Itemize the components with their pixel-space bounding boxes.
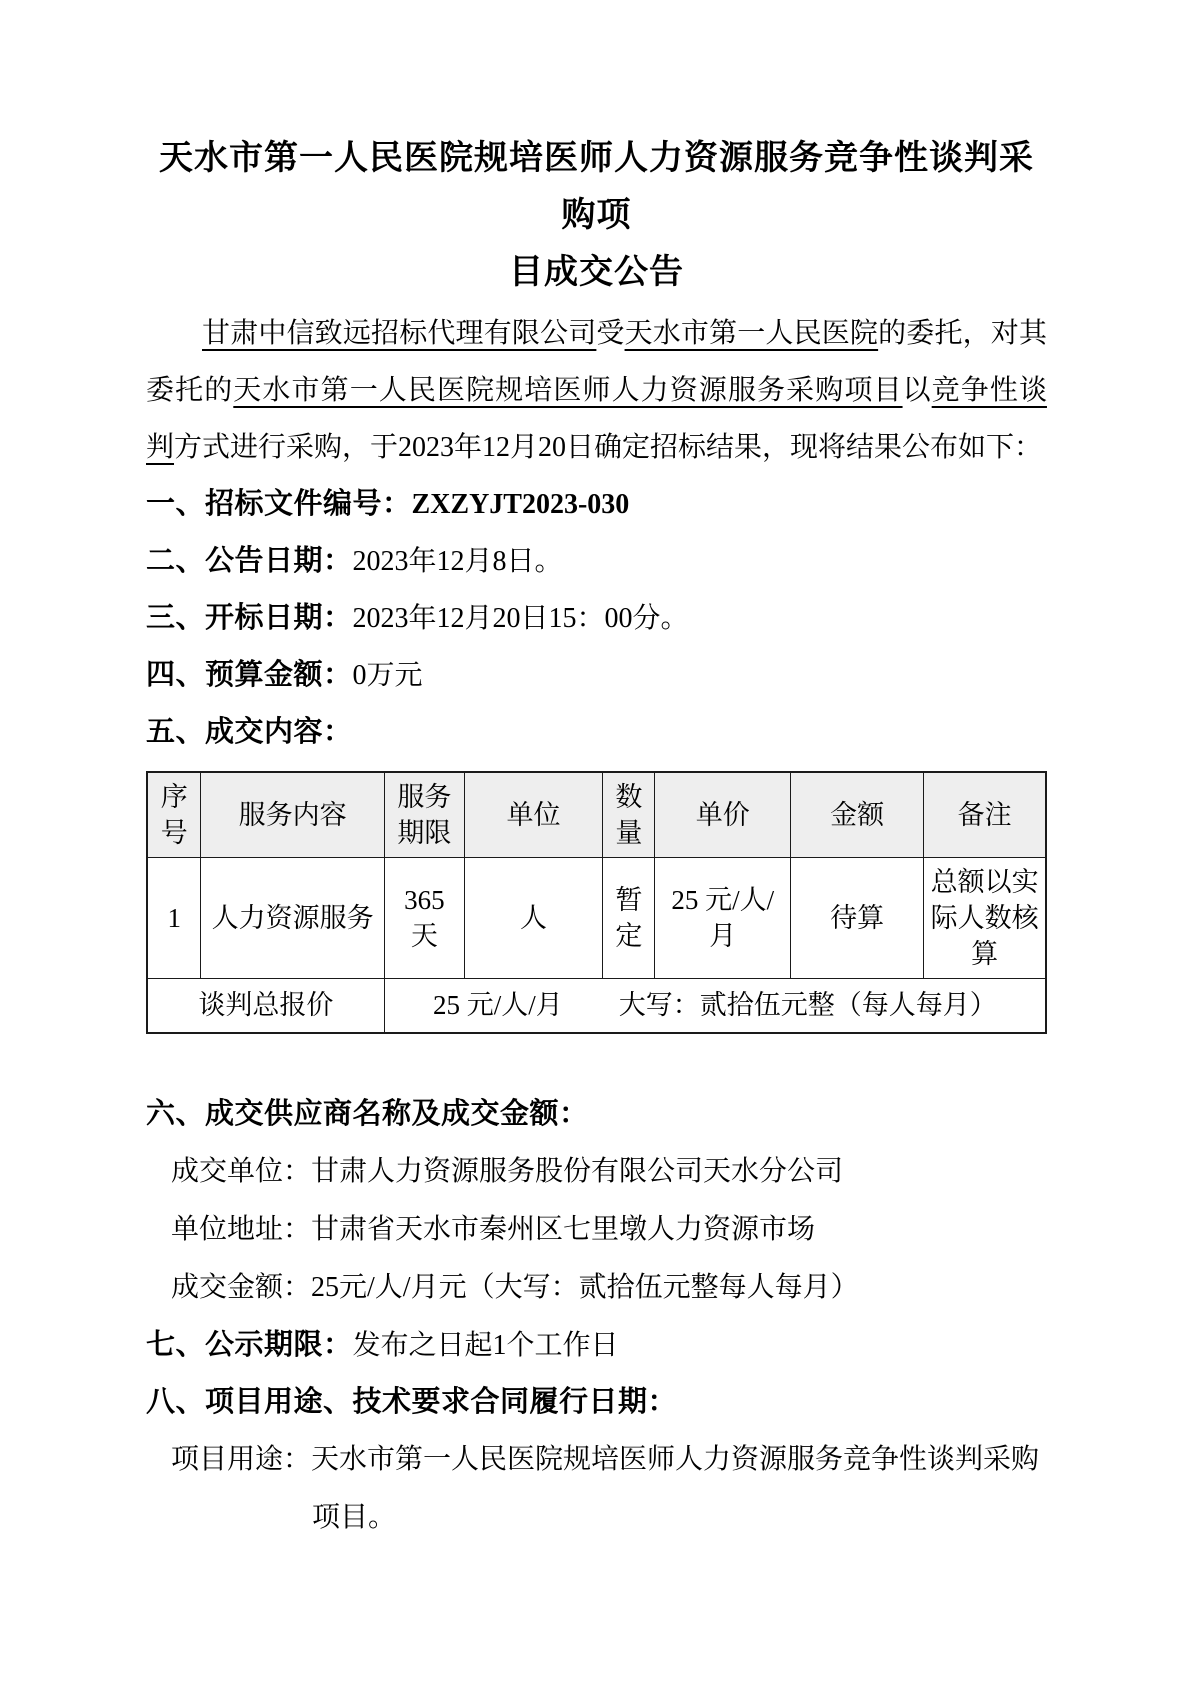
underlined-text: 竞争性谈 — [932, 375, 1047, 406]
supplier-address-value: 甘肃省天水市秦州区七里墩人力资源市场 — [311, 1214, 815, 1245]
supplier-unit-line: 成交单位：甘肃人力资源服务股份有限公司天水分公司 — [146, 1143, 1047, 1201]
cell-seq: 1 — [147, 858, 201, 979]
deal-amount-value: 25元/人/月元（大写：贰拾伍元整每人每月） — [311, 1272, 859, 1303]
section-label: 五、成交内容： — [146, 716, 353, 748]
cell-qty: 暂 定 — [603, 858, 655, 979]
cell-term: 365 天 — [384, 858, 464, 979]
table-row: 1 人力资源服务 365 天 人 暂 定 25 元/人/ 月 待算 总额以实 际… — [147, 858, 1046, 979]
supplier-unit-value: 甘肃人力资源服务股份有限公司天水分公司 — [311, 1156, 843, 1187]
section-budget-amount: 四、预算金额：0万元 — [146, 647, 1047, 704]
header-cell-price: 单价 — [655, 772, 791, 858]
section-project-purpose: 八、项目用途、技术要求合同履行日期： — [146, 1374, 1047, 1431]
supplier-unit-label: 成交单位： — [171, 1156, 311, 1187]
total-price-caps: 大写：贰拾伍元整（每人每月） — [619, 990, 997, 1020]
underlined-text: 天水市第一人民医院 — [625, 318, 879, 349]
cell-unit: 人 — [464, 858, 602, 979]
plain-text: 委托的 — [146, 375, 233, 406]
cell-service: 人力资源服务 — [201, 858, 384, 979]
intro-line: 委托的天水市第一人民医院规培医师人力资源服务采购项目以竞争性谈 — [146, 362, 1047, 419]
total-price: 25 元/人/月 — [433, 990, 563, 1020]
underlined-text: 天水市第一人民医院规培医师人力资源服务采购项目 — [233, 375, 902, 406]
bid-doc-number-value: ZXZYJT2023-030 — [412, 489, 630, 520]
section-label: 八、项目用途、技术要求合同履行日期： — [146, 1386, 677, 1418]
plain-text: 受 — [596, 318, 624, 349]
page-title: 天水市第一人民医院规培医师人力资源服务竞争性谈判采购项目成交公告 — [146, 130, 1047, 301]
section-label: 一、招标文件编号： — [146, 488, 412, 520]
section-label: 七、公示期限： — [146, 1329, 353, 1361]
page-title-line: 目成交公告 — [146, 244, 1047, 301]
supplier-address-label: 单位地址： — [171, 1214, 311, 1245]
header-cell-seq: 序 号 — [147, 772, 201, 858]
section-label: 六、成交供应商名称及成交金额： — [146, 1098, 589, 1130]
deal-amount-line: 成交金额：25元/人/月元（大写：贰拾伍元整每人每月） — [146, 1259, 1047, 1317]
plain-text: 以 — [903, 375, 932, 406]
header-cell-service: 服务内容 — [201, 772, 384, 858]
opening-date-value: 2023年12月20日15：00分。 — [353, 603, 689, 634]
project-use-line2: 项目。 — [171, 1489, 1047, 1547]
page-title-line: 天水市第一人民医院规培医师人力资源服务竞争性谈判采购项 — [146, 130, 1047, 244]
table-total-row: 谈判总报价 25 元/人/月大写：贰拾伍元整（每人每月） — [147, 979, 1046, 1033]
project-use-label: 项目用途： — [171, 1444, 311, 1475]
document-page: 天水市第一人民医院规培医师人力资源服务竞争性谈判采购项目成交公告 甘肃中信致远招… — [0, 0, 1191, 1684]
total-label-cell: 谈判总报价 — [147, 979, 384, 1033]
section-label: 四、预算金额： — [146, 659, 353, 691]
project-use-block: 项目用途：天水市第一人民医院规培医师人力资源服务竞争性谈判采购 项目。 — [146, 1431, 1047, 1547]
project-use-text: 天水市第一人民医院规培医师人力资源服务竞争性谈判采购 — [311, 1444, 1039, 1475]
underlined-text: 甘肃中信致远招标代理有限公司 — [202, 318, 596, 349]
header-cell-amount: 金额 — [791, 772, 924, 858]
intro-paragraph: 甘肃中信致远招标代理有限公司受天水市第一人民医院的委托，对其委托的天水市第一人民… — [146, 305, 1047, 476]
section-label: 三、开标日期： — [146, 602, 353, 634]
section-supplier: 六、成交供应商名称及成交金额： — [146, 1086, 1047, 1143]
section-opening-date: 三、开标日期：2023年12月20日15：00分。 — [146, 590, 1047, 647]
budget-amount-value: 0万元 — [353, 660, 423, 691]
cell-price: 25 元/人/ 月 — [655, 858, 791, 979]
announcement-date-value: 2023年12月8日。 — [353, 546, 563, 577]
deal-content-table: 序 号 服务内容 服务 期限 单位 数 量 单价 金额 备注 1 人力资源服务 … — [146, 771, 1047, 1034]
section-deal-content: 五、成交内容： — [146, 704, 1047, 761]
section-announcement-date: 二、公告日期：2023年12月8日。 — [146, 533, 1047, 590]
deal-amount-label: 成交金额： — [171, 1272, 311, 1303]
cell-amount: 待算 — [791, 858, 924, 979]
header-cell-qty: 数 量 — [603, 772, 655, 858]
cell-remark: 总额以实 际人数核 算 — [924, 858, 1046, 979]
header-cell-term: 服务 期限 — [384, 772, 464, 858]
plain-text: 方式进行采购，于2023年12月20日确定招标结果，现将结果公布如下： — [174, 432, 1042, 463]
section-bid-doc-number: 一、招标文件编号：ZXZYJT2023-030 — [146, 476, 1047, 533]
project-use-line1: 项目用途：天水市第一人民医院规培医师人力资源服务竞争性谈判采购 — [171, 1431, 1047, 1489]
plain-text: 的委托，对其 — [878, 318, 1047, 349]
publicity-period-value: 发布之日起1个工作日 — [353, 1330, 619, 1361]
intro-line: 甘肃中信致远招标代理有限公司受天水市第一人民医院的委托，对其 — [146, 305, 1047, 362]
header-cell-remark: 备注 — [924, 772, 1046, 858]
supplier-address-line: 单位地址：甘肃省天水市秦州区七里墩人力资源市场 — [146, 1201, 1047, 1259]
total-value-cell: 25 元/人/月大写：贰拾伍元整（每人每月） — [384, 979, 1046, 1033]
header-cell-unit: 单位 — [464, 772, 602, 858]
table-header-row: 序 号 服务内容 服务 期限 单位 数 量 单价 金额 备注 — [147, 772, 1046, 858]
underlined-text: 判 — [146, 432, 174, 463]
section-publicity-period: 七、公示期限：发布之日起1个工作日 — [146, 1317, 1047, 1374]
intro-line: 判方式进行采购，于2023年12月20日确定招标结果，现将结果公布如下： — [146, 419, 1047, 476]
section-label: 二、公告日期： — [146, 545, 353, 577]
